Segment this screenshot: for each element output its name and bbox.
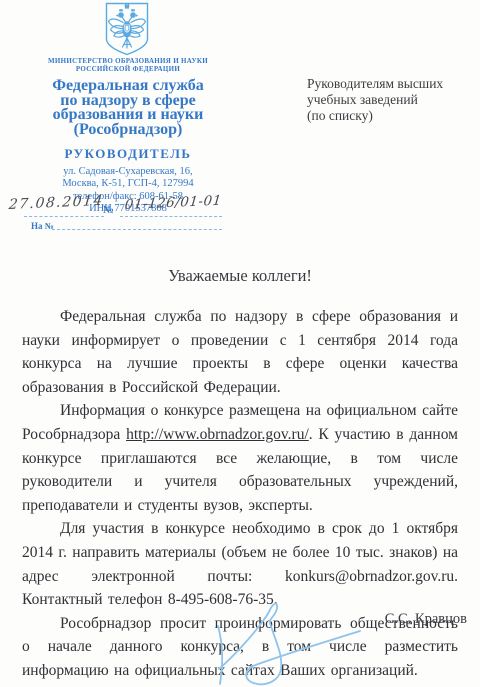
reply-to-underline (52, 229, 222, 230)
recipient-line-3: (по списку) (307, 108, 467, 124)
position-title: РУКОВОДИТЕЛЬ (10, 146, 246, 162)
address-line-2: Москва, К-51, ГСП-4, 127994 (10, 178, 246, 190)
address-line-1: ул. Садовая-Сухаревская, 16, (10, 166, 246, 178)
signature-scribble (185, 593, 375, 687)
date-underline (24, 216, 104, 217)
paragraph-2: Информация о конкурсе размещена на офици… (22, 399, 458, 517)
ministry-name: МИНИСТЕРСТВО ОБРАЗОВАНИЯ И НАУКИ РОССИЙС… (10, 57, 246, 73)
ministry-line-2: РОССИЙСКОЙ ФЕДЕРАЦИИ (10, 65, 246, 73)
ministry-line-1: МИНИСТЕРСТВО ОБРАЗОВАНИЯ И НАУКИ (10, 57, 246, 65)
salutation: Уважаемые коллеги! (22, 266, 458, 286)
number-underline (120, 216, 222, 217)
agency-name: Федеральная служба по надзору в сфере об… (10, 79, 246, 137)
letterhead: МИНИСТЕРСТВО ОБРАЗОВАНИЯ И НАУКИ РОССИЙС… (10, 57, 246, 216)
coat-of-arms-icon (104, 2, 150, 56)
recipient-block: Руководителям высших учебных заведений (… (307, 76, 467, 123)
letter-page: МИНИСТЕРСТВО ОБРАЗОВАНИЯ И НАУКИ РОССИЙС… (0, 0, 480, 687)
reply-to-label: На № (31, 221, 54, 231)
number-label: № (103, 204, 114, 216)
recipient-line-2: учебных заведений (307, 92, 467, 108)
recipient-line-1: Руководителям высших (307, 76, 467, 92)
url-link: http://www.obrnadzor.gov.ru/ (126, 426, 309, 443)
agency-line-4: (Рособрнадзор) (10, 123, 246, 138)
signer-name: С.С. Кравцов (385, 611, 467, 628)
paragraph-1: Федеральная служба по надзору в сфере об… (22, 305, 458, 399)
